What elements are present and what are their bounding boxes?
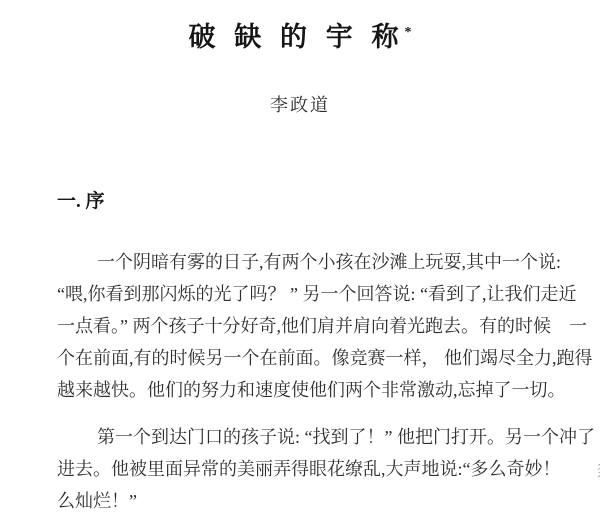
text-line: 进去。他被里面异常的美丽弄得眼花缭乱,大声地说:“多么奇妙！ 多 (57, 453, 550, 485)
paragraph-1: 一个阴暗有雾的日子,有两个小孩在沙滩上玩耍,其中一个说: “喂,你看到那闪烁的光… (57, 246, 550, 406)
title-footnote-mark: * (405, 25, 412, 40)
document-page: 破 缺 的 宇 称* 李政道 一. 序 一个阴暗有雾的日子,有两个小孩在沙滩上玩… (0, 0, 600, 514)
section-heading: 一. 序 (57, 190, 600, 214)
text-line: 越来越快。他们的努力和速度使他们两个非常激动,忘掉了一切。 (57, 374, 550, 406)
text-line: 个在前面,有的时候另一个在前面。像竞赛一样， 他们竭尽全力,跑得 (57, 342, 550, 374)
text-line: “喂,你看到那闪烁的光了吗？ ” 另一个回答说: “看到了,让我们走近 (57, 278, 550, 310)
text-line: 么灿烂！” (57, 485, 550, 514)
author-name: 李政道 (0, 94, 600, 116)
text-line: 一点看。” 两个孩子十分好奇,他们肩并肩向着光跑去。有的时候 一 (57, 310, 550, 342)
paragraph-2: 第一个到达门口的孩子说: “找到了！” 他把门打开。另一个冲了 进去。他被里面异… (57, 421, 550, 514)
page-title: 破 缺 的 宇 称* (0, 0, 600, 54)
title-text: 破 缺 的 宇 称 (189, 22, 405, 52)
text-line: 一个阴暗有雾的日子,有两个小孩在沙滩上玩耍,其中一个说: (57, 246, 550, 278)
text-line: 第一个到达门口的孩子说: “找到了！” 他把门打开。另一个冲了 (57, 421, 550, 453)
